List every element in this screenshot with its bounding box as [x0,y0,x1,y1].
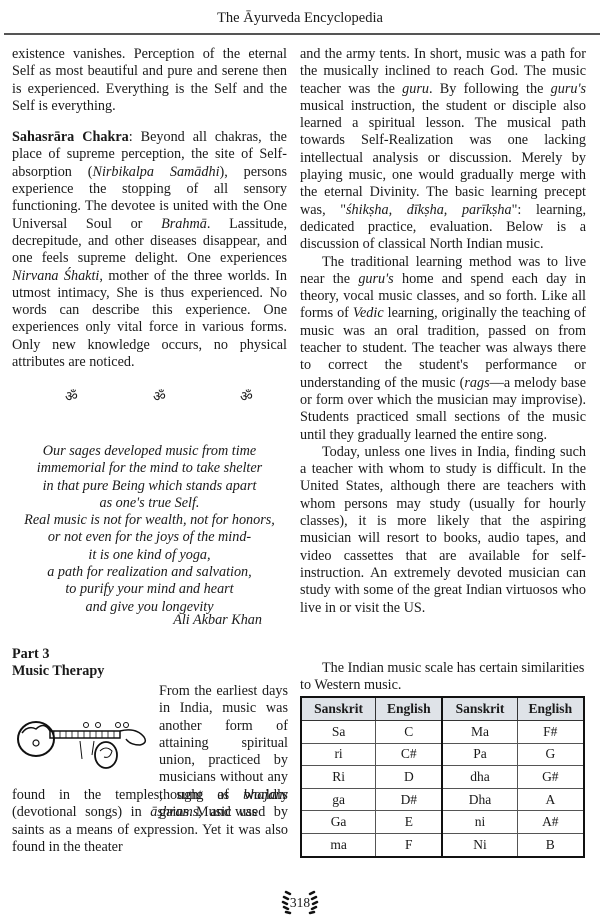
table-intro: The Indian music scale has certain simil… [300,660,586,695]
music-scale-table: Sanskrit English Sanskrit English Sa C M… [300,696,585,858]
table-cell: ni [442,811,517,834]
table-cell: Ri [301,766,376,789]
quote-line: as one's true Self. [12,495,287,512]
quote-line: Real music is not for wealth, not for ho… [12,512,287,529]
quote-line: Our sages developed music from time [12,443,287,460]
quote-line: a path for realization and salvation, [12,564,287,581]
quote-line: immemorial for the mind to take shelter [12,460,287,477]
table-cell: F [376,833,443,856]
table-cell: A# [517,811,584,834]
quote-author: Ali Akbar Khan [12,612,262,629]
table-cell: Sa [301,721,376,744]
table-cell: Dha [442,788,517,811]
column-header: English [517,697,584,721]
om-ornament-row: ॐ ॐ ॐ [12,387,287,407]
paragraph-today: Today, unless one lives in India, findin… [300,444,586,617]
table-cell: G# [517,766,584,789]
book-title: The Āyurveda Encyclopedia [0,10,600,27]
table-cell: E [376,811,443,834]
table-header-row: Sanskrit English Sanskrit English [301,697,584,721]
table-cell: Ma [442,721,517,744]
page-number-text: 318 [276,895,324,911]
table-cell: C [376,721,443,744]
om-icon: ॐ [153,387,166,406]
section-title: Music Therapy [12,663,104,680]
table-row: Sa C Ma F# [301,721,584,744]
table-cell: D# [376,788,443,811]
table-cell: ga [301,788,376,811]
table-cell: Pa [442,743,517,766]
table-cell: C# [376,743,443,766]
header-divider [4,33,600,35]
paragraph-self: existence vanishes. Perception of the et… [12,46,287,115]
table-cell: F# [517,721,584,744]
table-cell: Ga [301,811,376,834]
page-number: 318 [276,888,324,918]
table-cell: B [517,833,584,856]
left-column: existence vanishes. Perception of the et… [12,46,287,371]
part-label: Part 3 [12,646,104,663]
right-column: and the army tents. In short, music was … [300,46,586,617]
term-sahasrara: Sahasrāra Chakra [12,129,129,145]
column-header: Sanskrit [301,697,376,721]
quote-line: it is one kind of yoga, [12,547,287,564]
running-header: The Āyurveda Encyclopedia [0,0,600,36]
table-cell: ma [301,833,376,856]
table-row: ga D# Dha A [301,788,584,811]
column-header: English [376,697,443,721]
epigraph-quote: Our sages developed music from time imme… [12,443,287,616]
paragraph-traditional-method: The traditional learning method was to l… [300,254,586,444]
column-header: Sanskrit [442,697,517,721]
section-heading: Part 3 Music Therapy [12,646,104,681]
music-therapy-text: found in the temples, sung as bhajans (d… [12,787,288,856]
table-row: Ga E ni A# [301,811,584,834]
table-row: ri C# Pa G [301,743,584,766]
table-row: ma F Ni B [301,833,584,856]
table-cell: Ni [442,833,517,856]
table-cell: G [517,743,584,766]
paragraph-guru: and the army tents. In short, music was … [300,46,586,254]
table-row: Ri D dha G# [301,766,584,789]
om-icon: ॐ [240,387,253,406]
paragraph-sahasrara: Sahasrāra Chakra: Beyond all chakras, th… [12,129,287,371]
table-cell: dha [442,766,517,789]
veena-illustration-icon [14,715,154,773]
table-cell: ri [301,743,376,766]
quote-line: or not even for the joys of the mind- [12,529,287,546]
quote-line: in that pure Being which stands apart [12,478,287,495]
quote-line: to purify your mind and heart [12,581,287,598]
table-cell: D [376,766,443,789]
table-cell: A [517,788,584,811]
om-icon: ॐ [65,387,78,406]
